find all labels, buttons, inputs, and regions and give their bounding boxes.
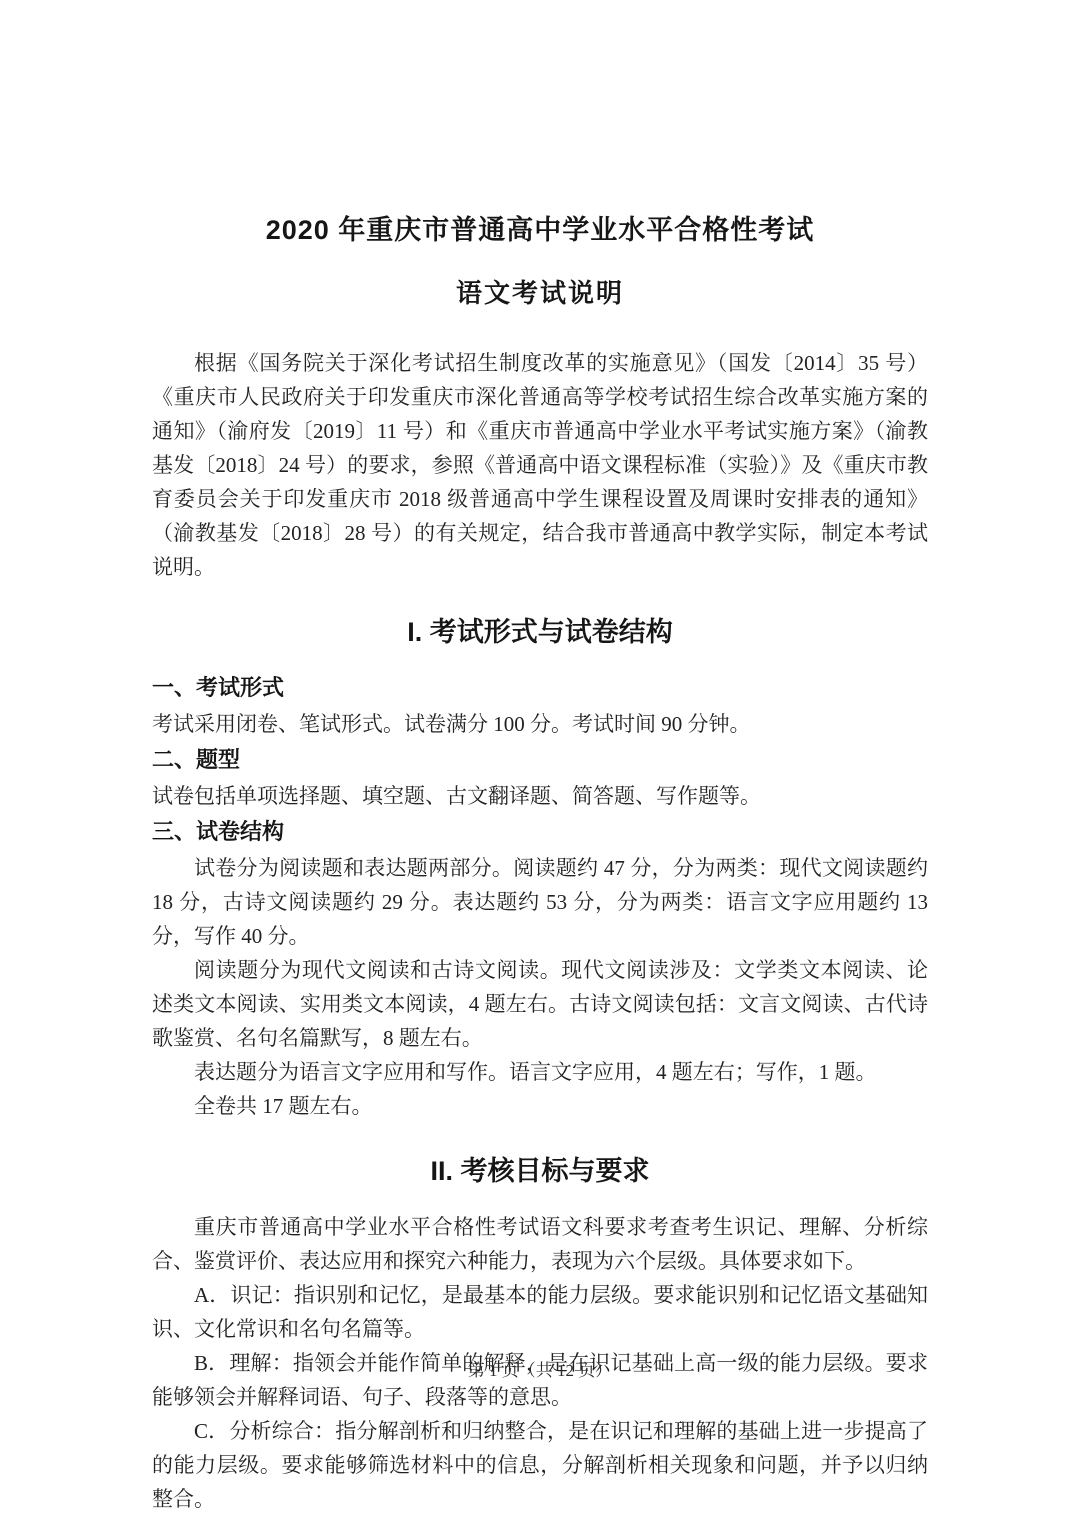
- document-title-line2: 语文考试说明: [152, 273, 928, 310]
- section1-sub3-paragraph-1: 试卷分为阅读题和表达题两部分。阅读题约 47 分，分为两类：现代文阅读题约 18…: [152, 851, 928, 953]
- section1-sub3-paragraph-2: 阅读题分为现代文阅读和古诗文阅读。现代文阅读涉及：文学类文本阅读、论述类文本阅读…: [152, 953, 928, 1055]
- section1-sub2-heading: 二、题型: [152, 743, 928, 777]
- section1-sub1-body: 考试采用闭卷、笔试形式。试卷满分 100 分。考试时间 90 分钟。: [152, 707, 928, 741]
- section1-heading: I. 考试形式与试卷结构: [152, 610, 928, 649]
- section1-sub3-paragraph-3: 表达题分为语言文字应用和写作。语言文字应用，4 题左右；写作，1 题。: [152, 1055, 928, 1089]
- section1-sub2-body: 试卷包括单项选择题、填空题、古文翻译题、简答题、写作题等。: [152, 779, 928, 813]
- intro-paragraph: 根据《国务院关于深化考试招生制度改革的实施意见》（国发〔2014〕35 号）《重…: [152, 346, 928, 584]
- section1-sub1-heading: 一、考试形式: [152, 671, 928, 705]
- section2-paragraph-1: 重庆市普通高中学业水平合格性考试语文科要求考查考生识记、理解、分析综合、鉴赏评价…: [152, 1210, 928, 1278]
- section2-heading: II. 考核目标与要求: [152, 1149, 928, 1188]
- section1-sub3-paragraph-4: 全卷共 17 题左右。: [152, 1089, 928, 1123]
- section1-sub3-heading: 三、试卷结构: [152, 815, 928, 849]
- section2-item-a: A．识记：指识别和记忆，是最基本的能力层级。要求能识别和记忆语文基础知识、文化常…: [152, 1278, 928, 1346]
- document-page: 2020 年重庆市普通高中学业水平合格性考试 语文考试说明 根据《国务院关于深化…: [0, 0, 1080, 1527]
- page-number-indicator: 第 1 页（共 12 页）: [0, 1356, 1080, 1381]
- document-title-line1: 2020 年重庆市普通高中学业水平合格性考试: [152, 208, 928, 247]
- section2-item-c: C．分析综合：指分解剖析和归纳整合，是在识记和理解的基础上进一步提高了的能力层级…: [152, 1414, 928, 1516]
